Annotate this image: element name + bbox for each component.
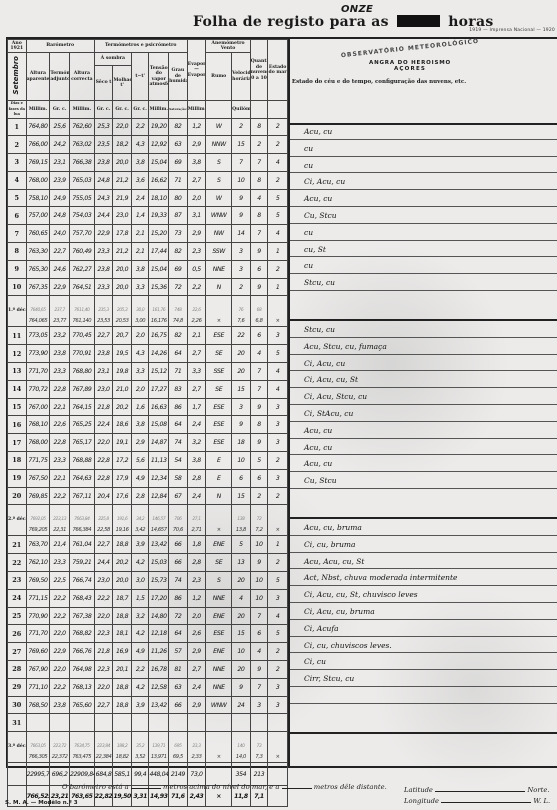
cell-rumo: SE — [206, 345, 232, 363]
cell-tensao: 15,36 — [149, 278, 169, 296]
anemometer-group-header: AnemómetroVento — [206, 40, 250, 53]
cell-diff: 4,2 — [131, 625, 149, 643]
decade-cell: 14014,0 — [232, 732, 251, 763]
decade-cell: 161,7616,176 — [149, 296, 169, 327]
cell-humid: 87 — [169, 207, 188, 225]
decade-cell: 205,320,53 — [113, 296, 132, 327]
altitude-blank[interactable] — [131, 788, 161, 789]
cell-alt-corr: 765,60 — [69, 696, 94, 714]
cell-seco: 24,4 — [94, 207, 113, 225]
attached-thermometer-header: Termómetro adjunto — [50, 53, 70, 101]
cell-alt-corr: 761,04 — [69, 536, 94, 554]
cell-seco: 23,0 — [94, 572, 113, 590]
cell-nuv: 9 — [250, 661, 268, 679]
decade-cell: 22,62,26 — [187, 296, 206, 327]
cell-alt-corr — [69, 714, 94, 732]
cell-seco: 22,7 — [94, 536, 113, 554]
cell-tensao: 14,80 — [149, 607, 169, 625]
cell-alt-ap: 764,80 — [26, 118, 50, 136]
cell-alt-ap: 768,00 — [26, 171, 50, 189]
cell-tensao: 14,87 — [149, 434, 169, 452]
cell-mar: 3 — [268, 589, 288, 607]
cell-seco: 22,4 — [94, 416, 113, 434]
cell-tensao: 12,92 — [149, 136, 169, 154]
cell-vel: 20 — [232, 572, 251, 590]
cell-rumo: ENE — [206, 607, 232, 625]
cell-vel: 4 — [232, 589, 251, 607]
cell-term-adj: 23,8 — [50, 696, 70, 714]
cell-humid: 73 — [169, 225, 188, 243]
cell-rumo: S — [206, 572, 232, 590]
cell-term-adj: 25,6 — [50, 118, 70, 136]
cell-term-adj: 22,7 — [50, 243, 70, 261]
stamp-region: AÇORES — [330, 66, 490, 72]
cell-diff: 5,6 — [131, 452, 149, 470]
cell-mar: 4 — [268, 363, 288, 381]
cell-alt-corr: 764,15 — [69, 398, 94, 416]
cell-diff: 1,4 — [131, 207, 149, 225]
cell-nuv: 4 — [250, 189, 268, 207]
cell-nuv: 10 — [250, 589, 268, 607]
cell-alt-ap: 770,72 — [26, 380, 50, 398]
decade-cell: 767,6 — [232, 296, 251, 327]
cell-humid: 54 — [169, 452, 188, 470]
cell-alt-corr: 767,89 — [69, 380, 94, 398]
cell-tensao: 16,75 — [149, 327, 169, 345]
cell-evap: 0,5 — [187, 260, 206, 278]
table-row: 27769,6022,9766,7621,816,94,911,26572,9E… — [8, 643, 288, 661]
cell-tensao: 17,20 — [149, 589, 169, 607]
cell-seco: 25,3 — [94, 118, 113, 136]
cell-tensao: 16,78 — [149, 661, 169, 679]
table-row: 6757,0024,8754,0324,423,01,419,33873,1WN… — [8, 207, 288, 225]
cell-term-adj: 24,6 — [50, 260, 70, 278]
decade-cell: 30,03,00 — [131, 296, 149, 327]
cell-evap: 2,7 — [187, 345, 206, 363]
day-number: 8 — [8, 243, 27, 261]
cell-mar: 2 — [268, 171, 288, 189]
decade-cell: 69569,5 — [169, 732, 188, 763]
observatory-stamp: OBSERVATÓRIO METEOROLÓGICO ANGRA DO HERO… — [330, 43, 490, 103]
cell-nuv: 9 — [250, 278, 268, 296]
cell-mar: 4 — [268, 154, 288, 172]
cell-mar: 3 — [268, 678, 288, 696]
decade-cell: 686,8 — [250, 296, 268, 327]
decade-cell: 223,8422,384 — [94, 732, 113, 763]
table-row: 2766,0024,2763,0223,518,24,312,92632,9NN… — [8, 136, 288, 154]
cell-nuv: 7 — [250, 363, 268, 381]
cell-evap: 3,1 — [187, 207, 206, 225]
remarks-header: OBSERVATÓRIO METEOROLÓGICO ANGRA DO HERO… — [290, 39, 557, 125]
cell-nuv: 9 — [250, 554, 268, 572]
remark-line: Acu, cu — [290, 455, 557, 472]
cell-rumo: S — [206, 171, 232, 189]
cell-vel: 10 — [232, 452, 251, 470]
table-row: 31 — [8, 714, 288, 732]
unit-label: Millim. — [69, 101, 94, 119]
corrected-height-header: Altura correcta — [69, 53, 94, 101]
remark-line: Ci, Acu, cu — [290, 173, 557, 190]
cell-term-adj: 22,0 — [50, 625, 70, 643]
cell-term-adj: 22,1 — [50, 469, 70, 487]
cell-alt-corr: 760,49 — [69, 243, 94, 261]
remarks-section: OBSERVATÓRIO METEOROLÓGICO ANGRA DO HERO… — [290, 39, 557, 766]
decade-cell: 235,323,53 — [94, 296, 113, 327]
cell-diff: 2,0 — [131, 380, 149, 398]
cell-term-adj: 23,3 — [50, 363, 70, 381]
day-number: 19 — [8, 469, 27, 487]
decade-summary-row: 1.ª década7640,65764,065237,723,777611,4… — [8, 296, 288, 327]
cell-mar: 3 — [268, 434, 288, 452]
cell-diff — [131, 714, 149, 732]
table-row: 25770,9022,2767,3822,018,83,214,80722,0E… — [8, 607, 288, 625]
cell-alt-ap: 766,00 — [26, 136, 50, 154]
cell-tensao: 13,42 — [149, 696, 169, 714]
decade-cell: 225,822,58 — [94, 505, 113, 536]
cell-tensao: 17,44 — [149, 243, 169, 261]
cell-tensao: 15,03 — [149, 554, 169, 572]
cell-evap: 2,3 — [187, 243, 206, 261]
cell-mar: 1 — [268, 278, 288, 296]
cell-alt-ap: 771,10 — [26, 678, 50, 696]
cell-molh: 21,9 — [113, 189, 132, 207]
cell-molh: 22,0 — [113, 118, 132, 136]
title-prefix: Folha de registo para as — [193, 14, 389, 30]
day-number: 10 — [8, 278, 27, 296]
cell-evap: 1,2 — [187, 118, 206, 136]
cell-rumo: NNE — [206, 661, 232, 679]
clouds-header: Quantidade de nuvens 0 a 10 — [250, 40, 268, 101]
cell-rumo: E — [206, 452, 232, 470]
cell-vel: 10 — [232, 643, 251, 661]
cell-term-adj: 24,9 — [50, 189, 70, 207]
wet-bulb-header: Molhado t' — [113, 66, 132, 101]
cell-alt-corr: 767,38 — [69, 607, 94, 625]
cell-diff: 2,9 — [131, 434, 149, 452]
cell-humid: 69 — [169, 154, 188, 172]
cell-alt-corr: 768,88 — [69, 452, 94, 470]
cell-diff: 1,5 — [131, 589, 149, 607]
remarks-caption: Estado do céu e do tempo, configuração d… — [290, 79, 557, 85]
cell-rumo: ESE — [206, 434, 232, 452]
cell-seco: 22,8 — [94, 469, 113, 487]
remark-line: Ci, cu, chuviscos leves. — [290, 637, 557, 654]
decade-cell: 7663,84766,384 — [69, 505, 94, 536]
decade-cell: 223,7222,372 — [50, 732, 70, 763]
cell-alt-corr: 766,38 — [69, 154, 94, 172]
cell-humid: 81 — [169, 661, 188, 679]
cell-tensao — [149, 714, 169, 732]
latitude-blank[interactable] — [435, 791, 525, 792]
remark-line: Ci, StAcu, cu — [290, 405, 557, 422]
cell-term-adj: 23,9 — [50, 171, 70, 189]
cell-mar: 4 — [268, 607, 288, 625]
cell-rumo: ESE — [206, 327, 232, 345]
cell-seco: 22,2 — [94, 589, 113, 607]
decade-cell: 737,3 — [250, 732, 268, 763]
remark-line: Ci, Acu, cu, St, chuvisco leves — [290, 586, 557, 603]
remark-line: Acu, cu, bruma — [290, 519, 557, 536]
decade-cell: 139,7113,971 — [149, 732, 169, 763]
cell-alt-ap: 768,50 — [26, 696, 50, 714]
cell-vel: 20 — [232, 661, 251, 679]
cell-tensao: 15,12 — [149, 363, 169, 381]
decade-cell: 23,32,33 — [187, 732, 206, 763]
cell-rumo: N — [206, 278, 232, 296]
decade-cell: 7692,05769,205 — [26, 505, 50, 536]
cell-rumo — [206, 714, 232, 732]
cell-alt-ap: 770,90 — [26, 607, 50, 625]
remark-line: Acu, Acu, cu, St — [290, 553, 557, 570]
decade-cell: 27,12,71 — [187, 505, 206, 536]
table-row: 20769,8522,2767,1120,417,62,812,84672,4N… — [8, 487, 288, 505]
cell-rumo: NW — [206, 225, 232, 243]
cell-seco: 22,9 — [94, 225, 113, 243]
cell-term-adj: 22,9 — [50, 643, 70, 661]
unit-label: Millim. — [149, 101, 169, 119]
remark-line: Acu, cu — [290, 190, 557, 207]
days-header: Dias e fases da lua — [8, 101, 27, 119]
month-header: Setembro — [8, 53, 27, 101]
cell-alt-ap: 769,50 — [26, 572, 50, 590]
longitude-line: Longitude W. L. — [404, 797, 550, 805]
cell-tensao: 18,10 — [149, 189, 169, 207]
remark-line: Acu, cu — [290, 439, 557, 456]
cell-term-adj: 22,9 — [50, 278, 70, 296]
cell-nuv: 6 — [250, 625, 268, 643]
cell-mar: 3 — [268, 398, 288, 416]
cell-tensao: 17,27 — [149, 380, 169, 398]
cell-diff: 4,2 — [131, 554, 149, 572]
year-header: Ano1921 — [8, 40, 27, 53]
cell-alt-ap: 771,15 — [26, 589, 50, 607]
cell-molh: 18,8 — [113, 607, 132, 625]
cell-alt-ap: 769,60 — [26, 643, 50, 661]
cell-alt-ap: 760,65 — [26, 225, 50, 243]
cell-seco: 22,3 — [94, 625, 113, 643]
table-row: 12773,9023,8770,9123,819,54,314,26642,7S… — [8, 345, 288, 363]
apparent-height-header: Altura aparente — [26, 53, 50, 101]
cell-mar: 5 — [268, 625, 288, 643]
remark-line: cu — [290, 224, 557, 241]
cell-seco: 24,8 — [94, 171, 113, 189]
cell-rumo: W — [206, 189, 232, 207]
cell-term-adj: 23,3 — [50, 554, 70, 572]
cell-vel: 3 — [232, 398, 251, 416]
cell-rumo: WNW — [206, 696, 232, 714]
cell-evap: 2,9 — [187, 696, 206, 714]
cell-seco: 22,0 — [94, 607, 113, 625]
cell-evap: 2,1 — [187, 327, 206, 345]
unit-label — [250, 101, 268, 119]
decade-separator — [290, 732, 557, 734]
remark-line: Stcu, cu — [290, 321, 557, 338]
month-sum-cell: 22995,75 — [26, 763, 50, 786]
cell-mar: 4 — [268, 225, 288, 243]
cell-diff: 3,6 — [131, 171, 149, 189]
cell-rumo: NNW — [206, 136, 232, 154]
cell-rumo: ESE — [206, 625, 232, 643]
cell-seco: 20,4 — [94, 487, 113, 505]
cell-molh: 16,9 — [113, 643, 132, 661]
cell-diff: 3,3 — [131, 278, 149, 296]
cell-seco: 21,8 — [94, 398, 113, 416]
remark-line: Ci, cu — [290, 653, 557, 670]
day-number: 7 — [8, 225, 27, 243]
unit-label: Quilóm. — [232, 101, 251, 119]
cell-humid: 66 — [169, 536, 188, 554]
cell-term-adj: 23,8 — [50, 345, 70, 363]
remark-line: Acu, cu — [290, 123, 557, 140]
thermometers-group-header: Termómetros e psicrómetro — [94, 40, 187, 53]
cell-seco: 23,0 — [94, 380, 113, 398]
cell-vel: 15 — [232, 625, 251, 643]
decade-cell: 237,723,77 — [50, 296, 70, 327]
cell-molh: 20,2 — [113, 554, 132, 572]
cell-humid: 72 — [169, 278, 188, 296]
cell-humid: 82 — [169, 118, 188, 136]
table-row: 4768,0023,9765,0324,821,23,616,62712,7S1… — [8, 171, 288, 189]
cell-rumo: E — [206, 469, 232, 487]
cell-humid: 82 — [169, 327, 188, 345]
cell-evap: 2,0 — [187, 189, 206, 207]
cell-seco: 22,7 — [94, 696, 113, 714]
cell-humid: 71 — [169, 363, 188, 381]
table-row: 16768,1022,6765,2522,418,63,815,08642,4E… — [8, 416, 288, 434]
cell-alt-ap: 767,90 — [26, 661, 50, 679]
cell-alt-corr: 764,63 — [69, 469, 94, 487]
cell-term-adj: 22,2 — [50, 678, 70, 696]
cell-nuv: 5 — [250, 452, 268, 470]
register-sheet: Ano1921 Barómetro Termómetros e psicróme… — [6, 37, 557, 768]
distance-blank[interactable] — [282, 788, 312, 789]
cell-vel: 22 — [232, 327, 251, 345]
day-number: 25 — [8, 607, 27, 625]
remark-line — [290, 687, 557, 704]
cell-evap: 2,6 — [187, 625, 206, 643]
cell-diff: 2,1 — [131, 225, 149, 243]
cell-humid: 66 — [169, 696, 188, 714]
cell-tensao: 14,26 — [149, 345, 169, 363]
remark-line: Ci, Acu, Stcu, cu — [290, 388, 557, 405]
remark-line: Ci, cu, bruma — [290, 536, 557, 553]
cell-humid: 86 — [169, 398, 188, 416]
cell-rumo: ENE — [206, 536, 232, 554]
cell-alt-ap: 767,35 — [26, 278, 50, 296]
cell-seco: 22,3 — [94, 661, 113, 679]
data-table-section: Ano1921 Barómetro Termómetros e psicróme… — [7, 39, 290, 766]
day-number: 31 — [8, 714, 27, 732]
unit-label: Saturação=100 — [169, 101, 188, 119]
cell-term-adj: 22,8 — [50, 434, 70, 452]
unit-label: Gr. c. — [131, 101, 149, 119]
cell-alt-corr: 755,05 — [69, 189, 94, 207]
shade-header: À sombra — [94, 53, 131, 66]
cell-alt-ap: 773,90 — [26, 345, 50, 363]
cell-nuv: 6 — [250, 469, 268, 487]
cell-humid: 82 — [169, 243, 188, 261]
cell-mar: 2 — [268, 661, 288, 679]
cell-evap: 2,7 — [187, 380, 206, 398]
day-number: 5 — [8, 189, 27, 207]
cell-vel — [232, 714, 251, 732]
cell-rumo: SSE — [206, 363, 232, 381]
cell-seco: 23,3 — [94, 278, 113, 296]
cell-seco: 21,8 — [94, 643, 113, 661]
evaporimeter-header: Evaporímetro—Evaporação — [187, 40, 206, 101]
cell-vel: 6 — [232, 469, 251, 487]
cell-term-adj: 22,2 — [50, 589, 70, 607]
cell-humid: 74 — [169, 434, 188, 452]
cell-humid: 71 — [169, 171, 188, 189]
cell-diff: 4,9 — [131, 643, 149, 661]
cell-diff: 3,8 — [131, 416, 149, 434]
cell-tensao: 15,08 — [149, 416, 169, 434]
cell-diff: 3,2 — [131, 607, 149, 625]
cell-nuv: 8 — [250, 118, 268, 136]
cell-tensao: 12,58 — [149, 678, 169, 696]
cell-vel: 9 — [232, 678, 251, 696]
cell-nuv: 9 — [250, 398, 268, 416]
cell-evap: 3,3 — [187, 363, 206, 381]
cell-molh: 18,7 — [113, 589, 132, 607]
cell-rumo: W — [206, 118, 232, 136]
cell-alt-corr: 764,98 — [69, 661, 94, 679]
table-row: 24771,1522,2768,4322,218,71,517,20861,2N… — [8, 589, 288, 607]
day-number: 9 — [8, 260, 27, 278]
cell-evap: 1,7 — [187, 398, 206, 416]
cell-rumo: NNE — [206, 589, 232, 607]
cell-alt-ap: 769,15 — [26, 154, 50, 172]
cell-nuv: 4 — [250, 643, 268, 661]
table-row: 22762,1023,3759,2124,420,24,215,03662,8S… — [8, 554, 288, 572]
cell-evap: 2,8 — [187, 469, 206, 487]
cell-diff: 2,1 — [131, 243, 149, 261]
cell-alt-ap — [26, 714, 50, 732]
cell-evap: 1,8 — [187, 536, 206, 554]
cell-mar — [268, 714, 288, 732]
cell-humid: 64 — [169, 625, 188, 643]
decade-cell: × — [268, 296, 288, 327]
decade-label: 3.ª década — [8, 732, 27, 763]
observations-table: Ano1921 Barómetro Termómetros e psicróme… — [7, 39, 288, 807]
cell-evap: 2,7 — [187, 661, 206, 679]
cell-evap: 2,0 — [187, 607, 206, 625]
wind-speed-header: Velocidade horária — [232, 53, 251, 101]
cell-humid: 72 — [169, 607, 188, 625]
table-row: 17768,0022,8765,1722,019,12,914,87743,2E… — [8, 434, 288, 452]
decade-summary-row: 2.ª década7692,05769,205223,1322,317663,… — [8, 505, 288, 536]
remark-line: Acu, Stcu, cu, fumaça — [290, 338, 557, 355]
cell-term-adj: 23,3 — [50, 452, 70, 470]
cell-molh — [113, 714, 132, 732]
remark-line: cu, St — [290, 241, 557, 258]
cell-nuv: 7 — [250, 154, 268, 172]
day-number: 18 — [8, 452, 27, 470]
cell-diff: 2,0 — [131, 327, 149, 345]
cell-mar: 3 — [268, 327, 288, 345]
longitude-blank[interactable] — [441, 802, 531, 803]
cell-tensao: 16,62 — [149, 171, 169, 189]
cell-evap: 3,8 — [187, 154, 206, 172]
decade-cell: × — [206, 296, 232, 327]
cell-vel: 9 — [232, 189, 251, 207]
cell-vel: 14 — [232, 225, 251, 243]
cell-alt-corr: 763,02 — [69, 136, 94, 154]
cell-alt-corr: 768,43 — [69, 589, 94, 607]
cell-alt-ap: 773,05 — [26, 327, 50, 345]
table-row: 5758,1024,9755,0524,321,92,418,10802,0W9… — [8, 189, 288, 207]
